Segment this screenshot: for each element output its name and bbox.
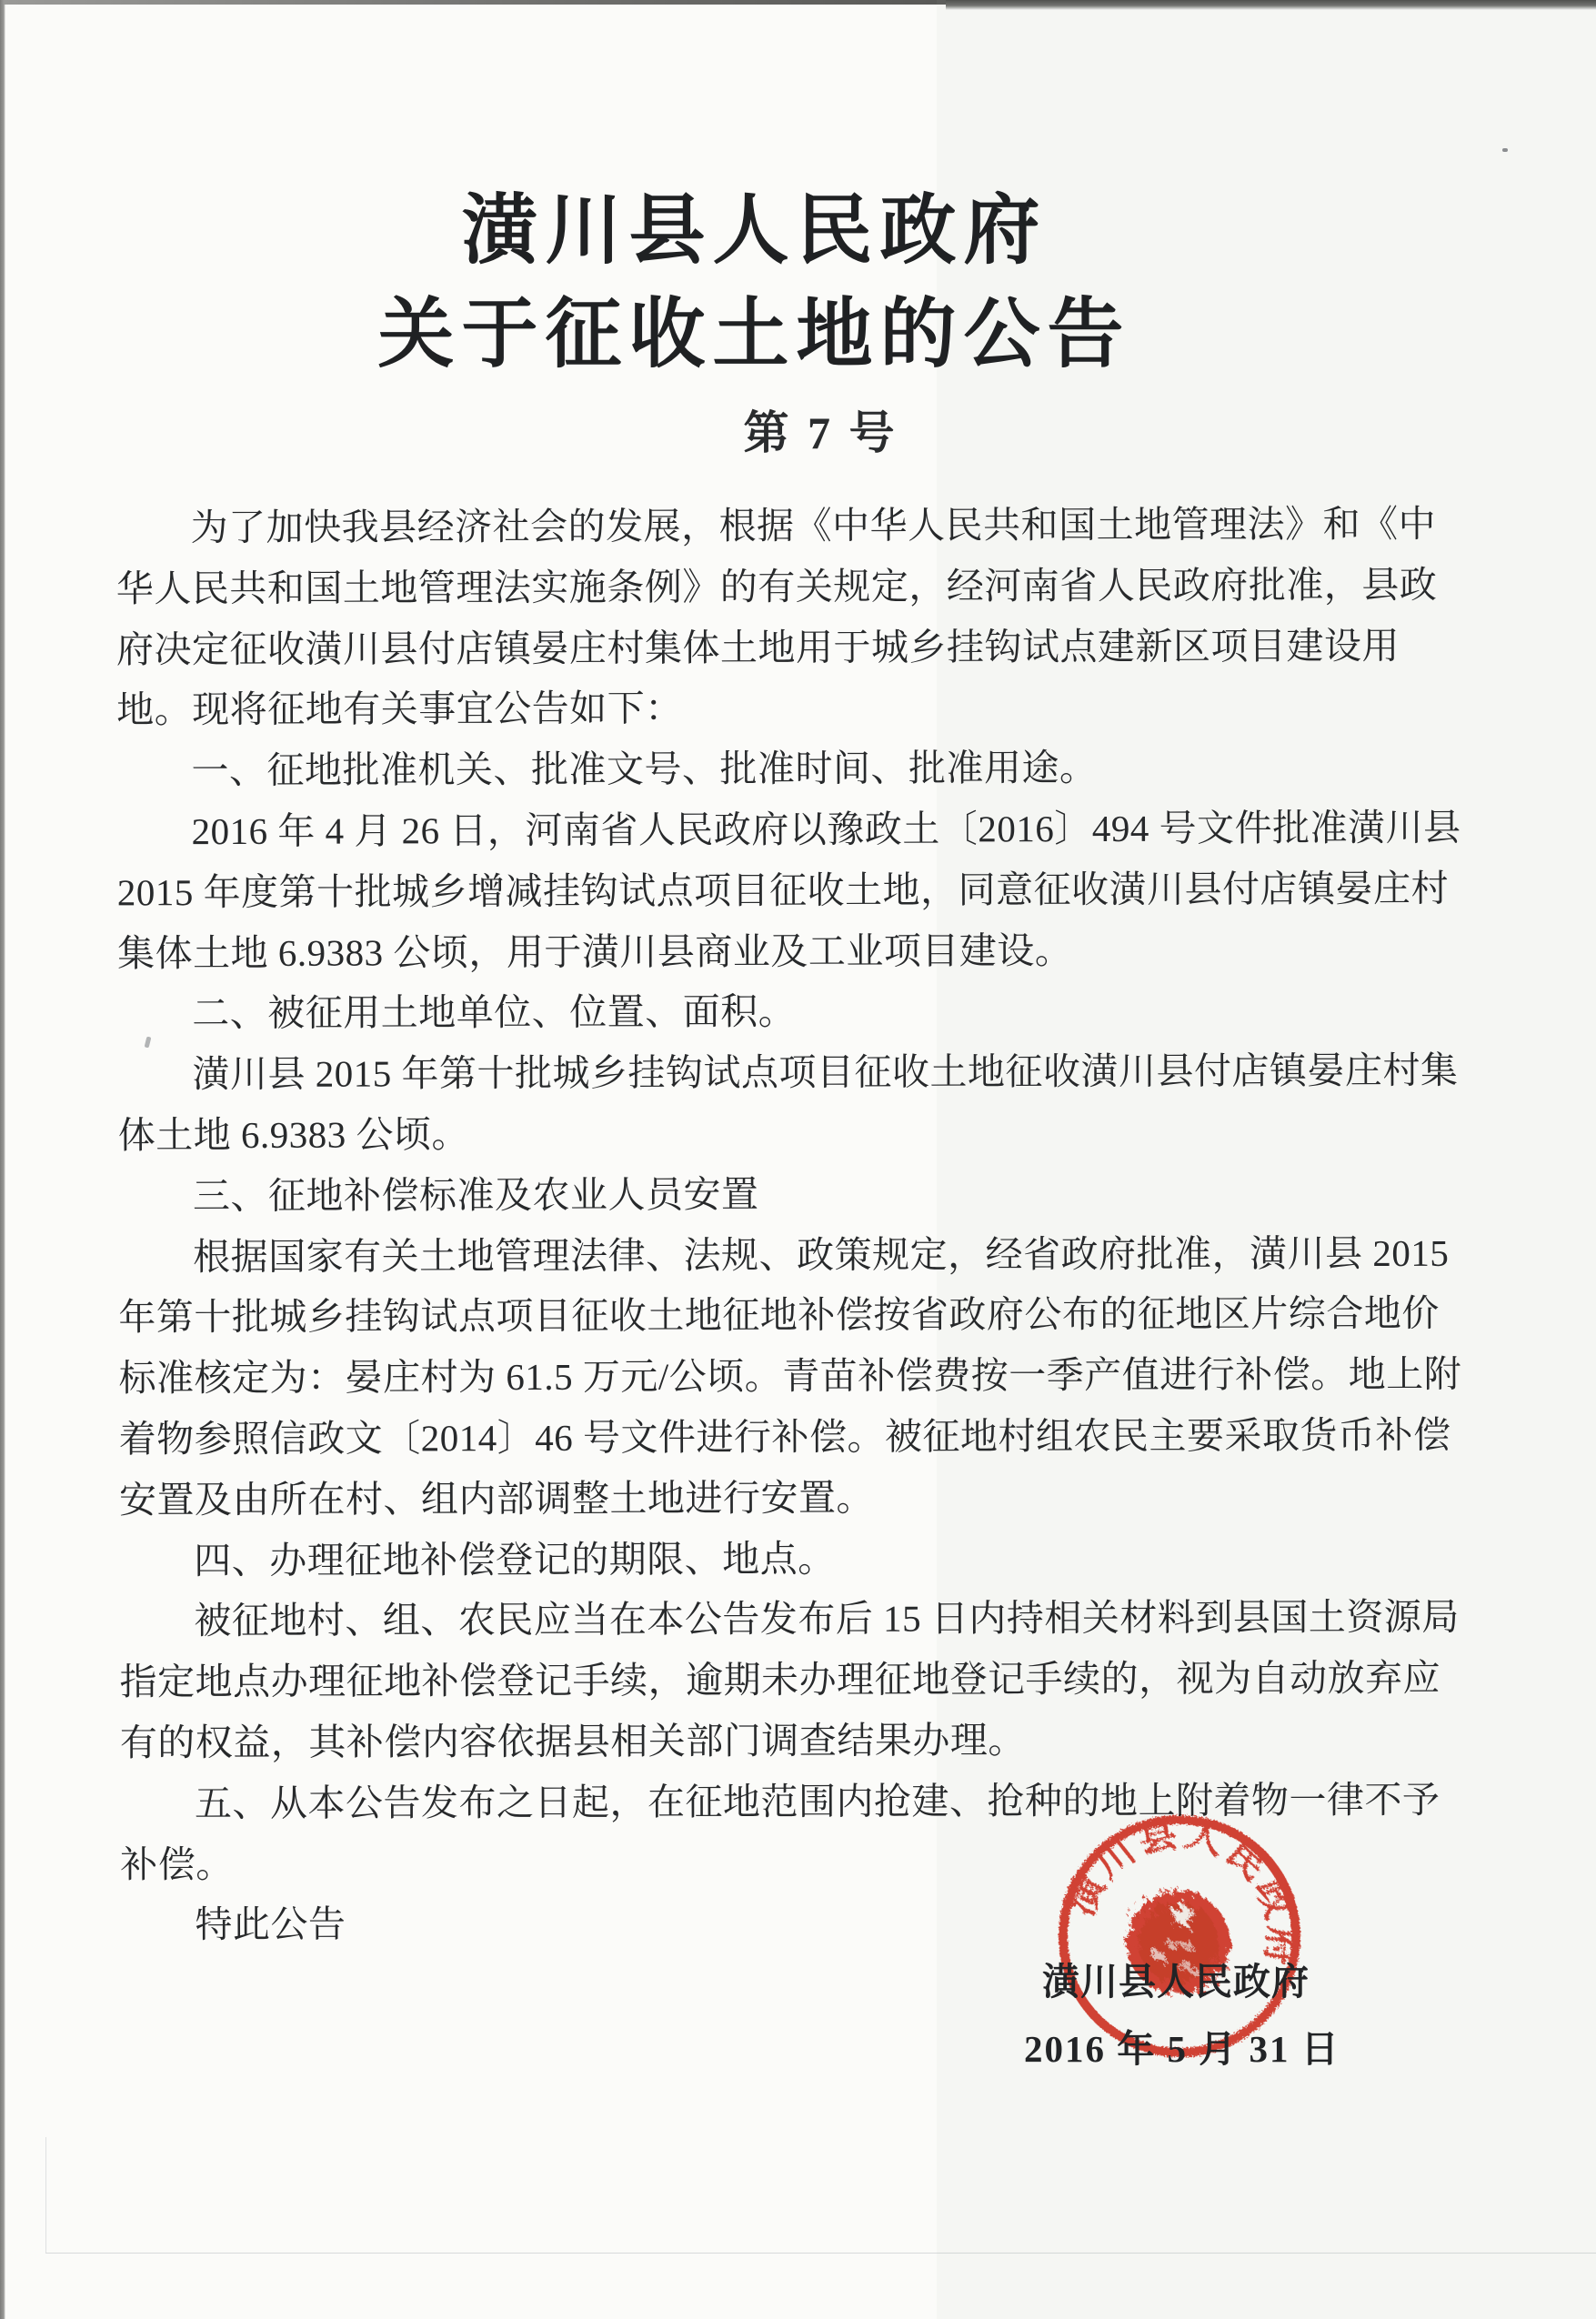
body-line-section-2: 二、被征用土地单位、位置、面积。 xyxy=(117,979,1500,1045)
body-line: 潢川县 2015 年第十批城乡挂钩试点项目征收土地征收潢川县付店镇晏庄村集 xyxy=(117,1040,1500,1106)
scan-speck xyxy=(1502,148,1508,152)
body-line: 指定地点办理征地补偿登记手续，逾期未办理征地登记手续的，视为自动放弃应 xyxy=(119,1648,1501,1713)
paper-edge-line-left xyxy=(45,2137,46,2253)
issuer-signature: 潢川县人民政府 xyxy=(1042,1952,1310,2005)
body-line: 被征地村、组、农民应当在本公告发布后 15 日内持相关材料到县国土资源局 xyxy=(119,1587,1501,1652)
scanned-announcement-page: 潢川县人民政府 关于征收土地的公告 第 7 号 为了加快我县经济社会的发展，根据… xyxy=(0,0,1596,2319)
document-body: 为了加快我县经济社会的发展，根据《中华人民共和国土地管理法》和《中 华人民共和国… xyxy=(115,494,1502,1956)
body-line: 2016 年 4 月 26 日，河南省人民政府以豫政土〔2016〕494 号文件… xyxy=(117,798,1500,863)
body-line: 府决定征收潢川县付店镇晏庄村集体土地用于城乡挂钩试点建新区项目建设用 xyxy=(116,615,1499,680)
body-line-section-1: 一、征地批准机关、批准文号、批准时间、批准用途。 xyxy=(116,737,1499,802)
document-number: 第 7 号 xyxy=(23,397,1596,462)
body-line: 有的权益，其补偿内容依据县相关部门调查结果办理。 xyxy=(120,1709,1502,1774)
body-line-section-3: 三、征地补偿标准及农业人员安置 xyxy=(118,1161,1501,1227)
title-line-1: 潢川县人民政府 xyxy=(0,180,1552,284)
body-line: 为了加快我县经济社会的发展，根据《中华人民共和国土地管理法》和《中 xyxy=(115,494,1498,559)
body-line: 根据国家有关土地管理法律、法规、政策规定，经省政府批准，潢川县 2015 xyxy=(118,1222,1501,1288)
issue-date: 2016 年 5 月 31 日 xyxy=(1024,2019,1340,2073)
document-title: 潢川县人民政府 关于征收土地的公告 xyxy=(0,180,1552,387)
title-line-2: 关于征收土地的公告 xyxy=(0,284,1552,387)
body-line: 体土地 6.9383 公顷。 xyxy=(118,1101,1501,1167)
body-line: 安置及由所在村、组内部调整土地进行安置。 xyxy=(119,1465,1501,1531)
body-line: 2015 年度第十批城乡增减挂钩试点项目征收土地，同意征收潢川县付店镇晏庄村 xyxy=(117,858,1500,923)
body-line-section-4: 四、办理征地补偿登记的期限、地点。 xyxy=(119,1526,1501,1591)
body-line: 着物参照信政文〔2014〕46 号文件进行补偿。被征地村组农民主要采取货币补偿 xyxy=(119,1405,1501,1471)
body-line: 集体土地 6.9383 公顷，用于潢川县商业及工业项目建设。 xyxy=(117,919,1500,984)
body-line: 地。现将征地有关事宜公告如下： xyxy=(116,676,1499,741)
body-line: 华人民共和国土地管理法实施条例》的有关规定，经河南省人民政府批准，县政 xyxy=(116,554,1499,619)
body-line: 标准核定为：晏庄村为 61.5 万元/公顷。青苗补偿费按一季产值进行补偿。地上附 xyxy=(118,1344,1501,1410)
paper-edge-line xyxy=(45,2253,1596,2254)
body-line: 年第十批城乡挂钩试点项目征收土地征地补偿按省政府公布的征地区片综合地价 xyxy=(118,1283,1501,1349)
